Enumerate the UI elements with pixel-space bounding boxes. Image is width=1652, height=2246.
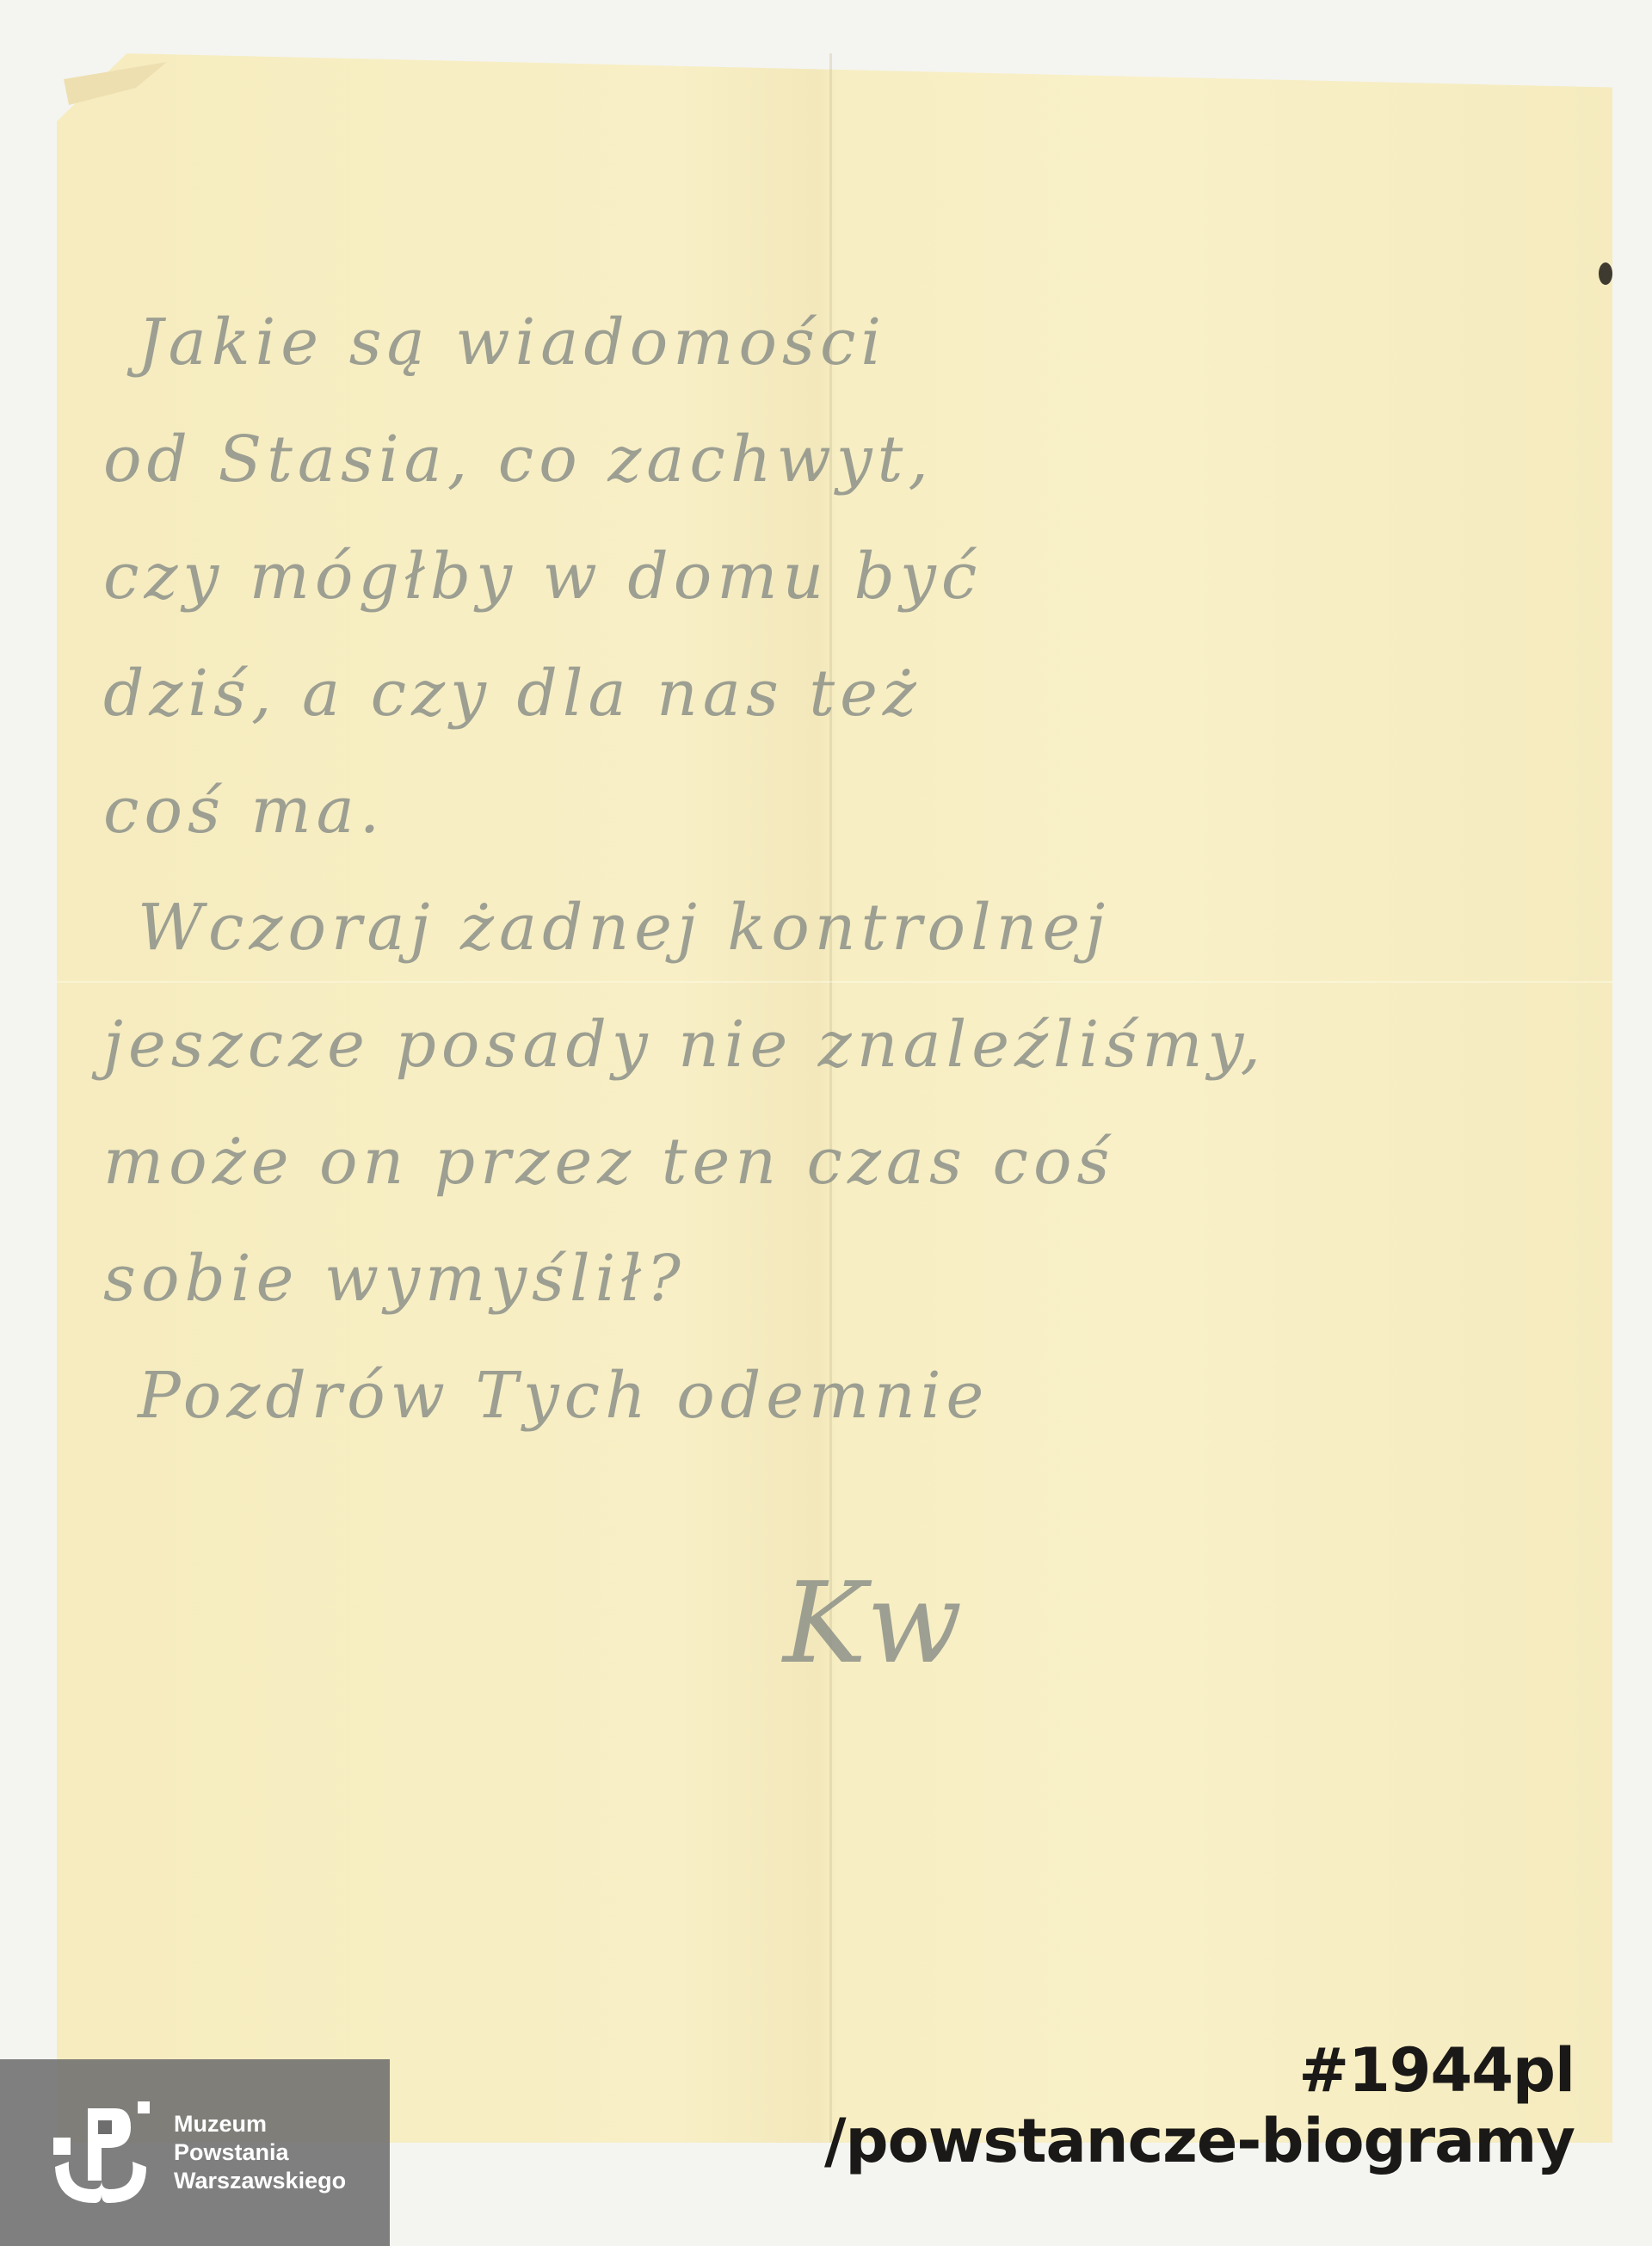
letter-line: coś ma. bbox=[103, 752, 1566, 869]
path-label: /powstancze-biogramy bbox=[824, 2106, 1575, 2176]
letter-body: Jakie są wiadomości od Stasia, co zachwy… bbox=[103, 284, 1566, 1454]
museum-logo: Muzeum Powstania Warszawskiego bbox=[0, 2059, 390, 2246]
letter-line: od Stasia, co zachwyt, bbox=[103, 401, 1566, 518]
signature: Kw bbox=[783, 1558, 962, 1688]
watermark-tag: #1944pl /powstancze-biogramy bbox=[824, 2035, 1575, 2176]
logo-line-3: Warszawskiego bbox=[174, 2167, 346, 2195]
letter-line: dziś, a czy dla nas też bbox=[103, 635, 1566, 752]
letter-line: Wczoraj żadnej kontrolnej bbox=[103, 869, 1566, 986]
letter-line: sobie wymyślił? bbox=[103, 1220, 1566, 1337]
ink-spot bbox=[1599, 262, 1612, 285]
logo-line-1: Muzeum bbox=[174, 2110, 346, 2138]
letter-line: czy mógłby w domu być bbox=[103, 518, 1566, 635]
letter-line: może on przez ten czas coś bbox=[103, 1103, 1566, 1220]
kotwica-anchor-icon bbox=[53, 2101, 150, 2205]
hashtag-label: #1944pl bbox=[824, 2035, 1575, 2106]
logo-line-2: Powstania bbox=[174, 2138, 346, 2167]
museum-name: Muzeum Powstania Warszawskiego bbox=[174, 2110, 346, 2195]
letter-closing: Pozdrów Tych odemnie bbox=[103, 1337, 1566, 1454]
letter-line: Jakie są wiadomości bbox=[103, 284, 1566, 401]
letter-line: jeszcze posady nie znaleźliśmy, bbox=[103, 986, 1566, 1103]
